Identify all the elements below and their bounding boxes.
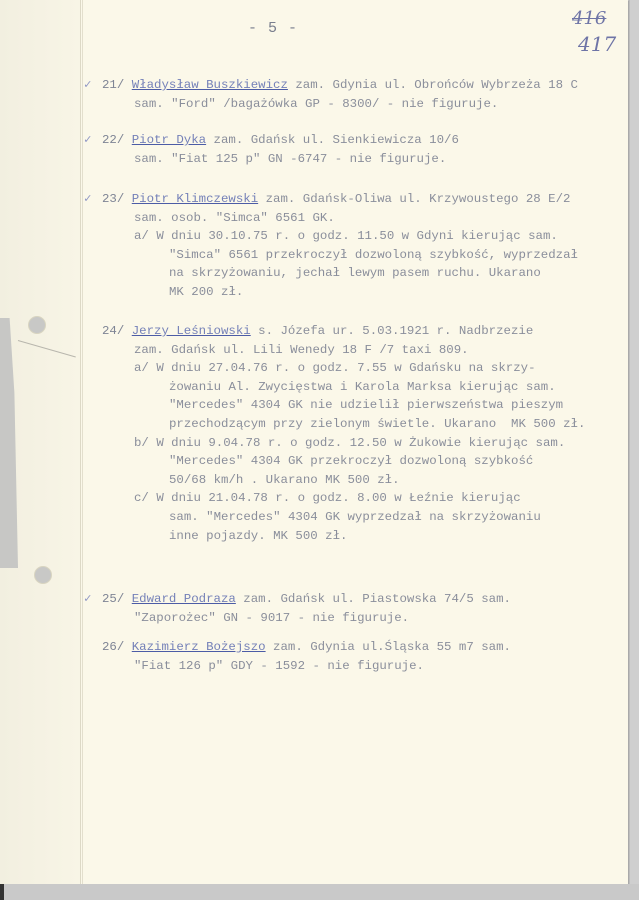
entry-26: 26/ Kazimierz Bożejszo zam. Gdynia ul.Śl… [84, 638, 624, 675]
entry-text: zam. Gdańsk ul. Piastowska 74/5 sam. [236, 592, 511, 606]
entry-number: 22/ [102, 133, 124, 147]
item-text: "Simca" 6561 przekroczył dozwoloną szybk… [84, 246, 624, 265]
entry-text: sam. "Ford" /bagażówka GP - 8300/ - nie … [84, 95, 624, 114]
entry-21: ✓21/ Władysław Buszkiewicz zam. Gdynia u… [84, 76, 624, 113]
handwritten-folio-number: 417 [578, 32, 616, 56]
checkmark-icon: ✓ [84, 190, 102, 209]
entry-number: 24/ [102, 324, 124, 338]
person-name: Edward Podraza [132, 592, 236, 606]
entry-22: ✓22/ Piotr Dyka zam. Gdańsk ul. Sienkiew… [84, 131, 624, 168]
item-text: żowaniu Al. Zwycięstwa i Karola Marksa k… [84, 378, 624, 397]
person-name: Kazimierz Bożejszo [132, 640, 266, 654]
item-text: W dniu 21.04.78 r. o godz. 8.00 w Łeźnie… [156, 491, 520, 505]
item-label: b/ [134, 436, 149, 450]
item-text: inne pojazdy. MK 500 zł. [84, 527, 624, 546]
page-number: - 5 - [248, 20, 298, 37]
entry-24: 24/ Jerzy Leśniowski s. Józefa ur. 5.03.… [84, 322, 624, 545]
item-text: W dniu 27.04.76 r. o godz. 7.55 w Gdańsk… [156, 361, 535, 375]
entry-text: zam. Gdynia ul. Obrońców Wybrzeża 18 C [288, 78, 578, 92]
item-text: "Mercedes" 4304 GK przekroczył dozwoloną… [84, 452, 624, 471]
scanner-edge-bottom [0, 884, 639, 900]
checkmark-icon: ✓ [84, 131, 102, 150]
item-label: a/ [134, 361, 149, 375]
person-name: Piotr Klimczewski [132, 192, 258, 206]
entry-text: s. Józefa ur. 5.03.1921 r. Nadbrzezie [251, 324, 534, 338]
violation-c: c/ W dniu 21.04.78 r. o godz. 8.00 w Łeź… [84, 489, 624, 508]
item-text: W dniu 9.04.78 r. o godz. 12.50 w Żukowi… [156, 436, 565, 450]
entry-text: "Fiat 126 p" GDY - 1592 - nie figuruje. [84, 657, 624, 676]
item-text: MK 200 zł. [84, 283, 624, 302]
entry-23: ✓23/ Piotr Klimczewski zam. Gdańsk-Oliwa… [84, 190, 624, 302]
item-text: "Mercedes" 4304 GK nie udzielił pierwsze… [84, 396, 624, 415]
punch-hole-bottom [34, 566, 52, 584]
entry-number: 26/ [102, 640, 124, 654]
entry-text: zam. Gdańsk ul. Sienkiewicza 10/6 [206, 133, 459, 147]
item-text: W dniu 30.10.75 r. o godz. 11.50 w Gdyni… [156, 229, 558, 243]
entry-text: sam. osob. "Simca" 6561 GK. [84, 209, 624, 228]
item-text: 50/68 km/h . Ukarano MK 500 zł. [84, 471, 624, 490]
checkmark-icon: ✓ [84, 590, 102, 609]
entry-number: 21/ [102, 78, 124, 92]
violation-b: b/ W dniu 9.04.78 r. o godz. 12.50 w Żuk… [84, 434, 624, 453]
violation-a: a/ W dniu 27.04.76 r. o godz. 7.55 w Gda… [84, 359, 624, 378]
person-name: Władysław Buszkiewicz [132, 78, 288, 92]
entry-text: zam. Gdańsk-Oliwa ul. Krzywoustego 28 E/… [258, 192, 570, 206]
person-name: Piotr Dyka [132, 133, 206, 147]
item-text: sam. "Mercedes" 4304 GK wyprzedzał na sk… [84, 508, 624, 527]
entry-number: 23/ [102, 192, 124, 206]
entry-number: 25/ [102, 592, 124, 606]
person-name: Jerzy Leśniowski [132, 324, 251, 338]
entry-25: ✓25/ Edward Podraza zam. Gdańsk ul. Pias… [84, 590, 624, 627]
item-text: na skrzyżowaniu, jechał lewym pasem ruch… [84, 264, 624, 283]
item-label: a/ [134, 229, 149, 243]
document-page: - 5 - 416 417 ✓21/ Władysław Buszkiewicz… [0, 0, 628, 884]
entry-text: sam. "Fiat 125 p" GN -6747 - nie figuruj… [84, 150, 624, 169]
item-text: przechodzącym przy zielonym świetle. Uka… [84, 415, 624, 434]
entry-text: zam. Gdańsk ul. Lili Wenedy 18 F /7 taxi… [84, 341, 624, 360]
item-label: c/ [134, 491, 149, 505]
scanner-edge-right [630, 0, 639, 900]
entry-text: zam. Gdynia ul.Śląska 55 m7 sam. [266, 640, 511, 654]
handwritten-crossed-number: 416 [572, 8, 606, 29]
violation-a: a/ W dniu 30.10.75 r. o godz. 11.50 w Gd… [84, 227, 624, 246]
punch-hole-top [28, 316, 46, 334]
fold-line [82, 0, 83, 884]
checkmark-icon: ✓ [84, 76, 102, 95]
entry-text: "Zaporożec" GN - 9017 - nie figuruje. [84, 609, 624, 628]
